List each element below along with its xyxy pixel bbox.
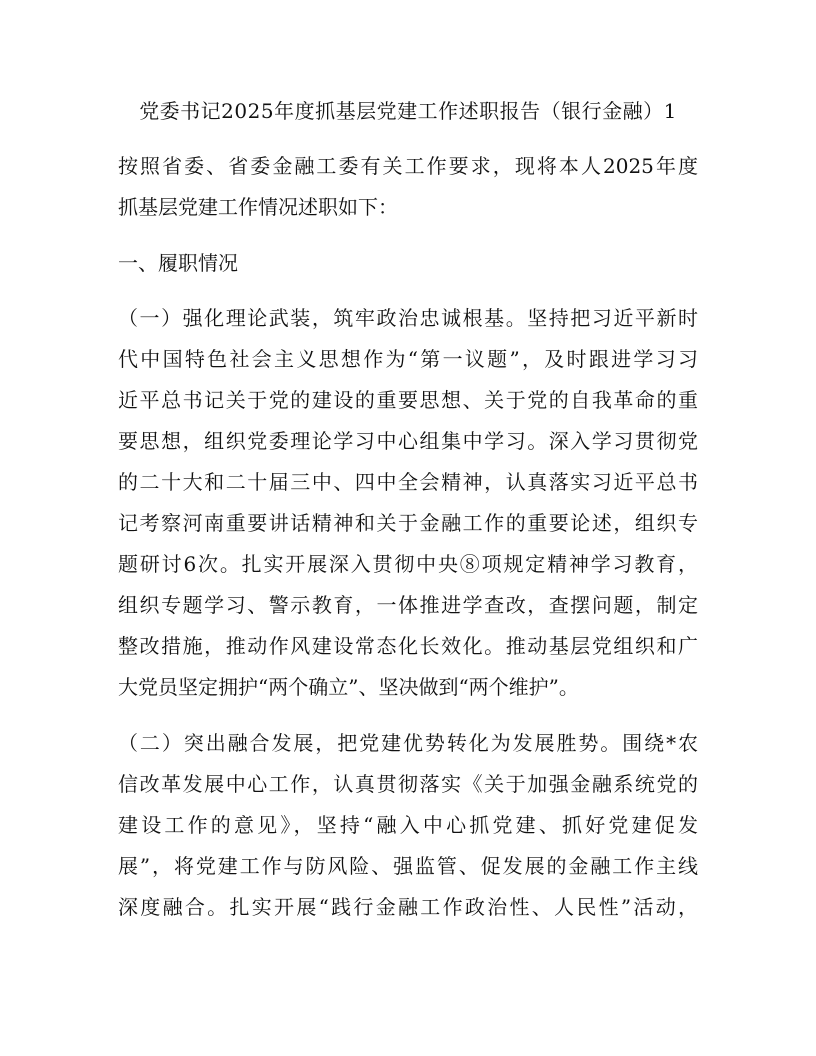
- paragraph-line: 建设工作的意见》，坚持“融入中心抓党建、抓好党建促发: [118, 811, 698, 839]
- section-heading: 一、履职情况: [118, 249, 698, 277]
- paragraph-line: 信改革发展中心工作，认真贯彻落实《关于加强金融系统党的: [118, 770, 698, 798]
- paragraph-line: 记考察河南重要讲话精神和关于金融工作的重要论述，组织专: [118, 509, 698, 537]
- paragraph-line: 组织专题学习、警示教育，一体推进学查改，查摆问题，制定: [118, 591, 698, 619]
- document-title: 党委书记2025年度抓基层党建工作述职报告（银行金融）1: [0, 97, 816, 125]
- intro-line: 抓基层党建工作情况述职如下：: [118, 193, 698, 221]
- paragraph-line: 近平总书记关于党的建设的重要思想、关于党的自我革命的重: [118, 386, 698, 414]
- paragraph-line: 深度融合。扎实开展“践行金融工作政治性、人民性”活动，: [118, 893, 698, 921]
- paragraph-line: 大党员坚定拥护“两个确立”、坚决做到“两个维护”。: [118, 673, 698, 701]
- paragraph-line: 代中国特色社会主义思想作为“第一议题”，及时跟进学习习: [118, 345, 698, 373]
- intro-line: 按照省委、省委金融工委有关工作要求，现将本人2025年度: [118, 152, 698, 180]
- paragraph-line: （二）突出融合发展，把党建优势转化为发展胜势。围绕*农: [118, 729, 698, 757]
- paragraph-line: （一）强化理论武装，筑牢政治忠诚根基。坚持把习近平新时: [118, 304, 698, 332]
- paragraph-line: 的二十大和二十届三中、四中全会精神，认真落实习近平总书: [118, 468, 698, 496]
- paragraph-line: 题研讨6次。扎实开展深入贯彻中央⑧项规定精神学习教育，: [118, 550, 698, 578]
- paragraph-line: 要思想，组织党委理论学习中心组集中学习。深入学习贯彻党: [118, 427, 698, 455]
- document-page: 党委书记2025年度抓基层党建工作述职报告（银行金融）1 按照省委、省委金融工委…: [0, 0, 816, 1056]
- paragraph-line: 展”，将党建工作与防风险、强监管、促发展的金融工作主线: [118, 852, 698, 880]
- paragraph-line: 整改措施，推动作风建设常态化长效化。推动基层党组织和广: [118, 632, 698, 660]
